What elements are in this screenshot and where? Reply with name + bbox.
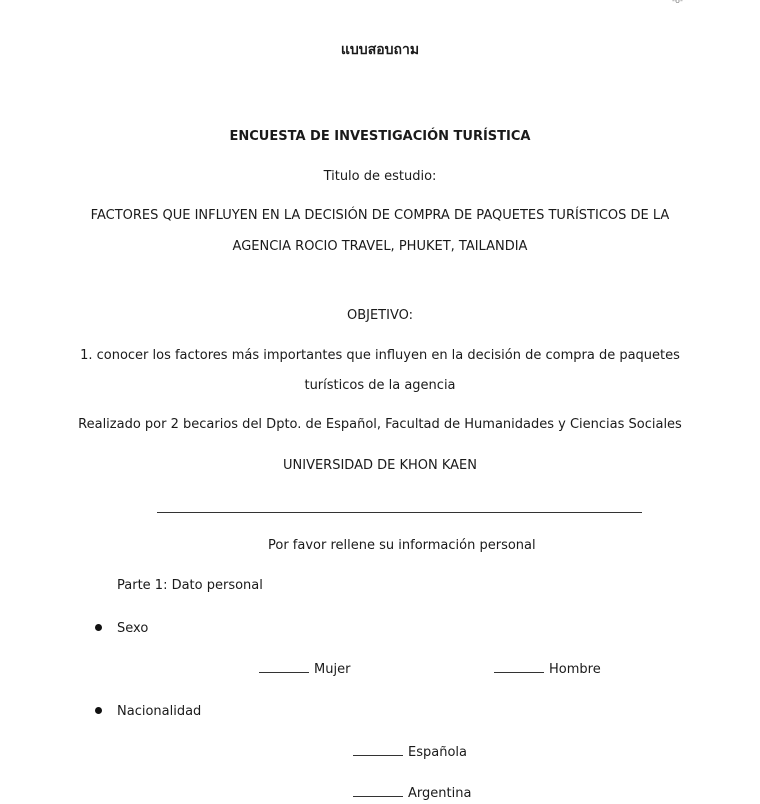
answer-blank-espanola[interactable] <box>353 743 403 756</box>
objective-line-2: turísticos de la agencia <box>0 377 760 395</box>
option-mujer[interactable]: Mujer <box>259 660 350 679</box>
separator-line <box>157 512 642 513</box>
study-title-line-1: FACTORES QUE INFLUYEN EN LA DECISIÓN DE … <box>0 207 760 225</box>
answer-blank-mujer[interactable] <box>259 660 309 673</box>
answer-blank-argentina[interactable] <box>353 784 403 797</box>
option-espanola[interactable]: Española <box>353 743 467 762</box>
option-argentina[interactable]: Argentina <box>353 784 471 803</box>
bullet-icon <box>95 707 102 714</box>
part-1-heading: Parte 1: Dato personal <box>117 577 263 595</box>
option-hombre[interactable]: Hombre <box>494 660 601 679</box>
question-nacionalidad-label: Nacionalidad <box>117 703 201 721</box>
study-label: Titulo de estudio: <box>0 168 760 186</box>
instruction-text: Por favor rellene su información persona… <box>268 537 536 555</box>
answer-blank-hombre[interactable] <box>494 660 544 673</box>
question-sexo-label: Sexo <box>117 620 148 638</box>
authors-line: Realizado por 2 becarios del Dpto. de Es… <box>0 416 760 434</box>
page-number-mark: -6- <box>672 0 683 5</box>
study-title-line-2: AGENCIA ROCIO TRAVEL, PHUKET, TAILANDIA <box>0 238 760 256</box>
survey-title: ENCUESTA DE INVESTIGACIÓN TURÍSTICA <box>0 128 760 146</box>
option-mujer-label: Mujer <box>314 662 350 677</box>
option-argentina-label: Argentina <box>408 786 471 801</box>
option-espanola-label: Española <box>408 745 467 760</box>
university-name: UNIVERSIDAD DE KHON KAEN <box>0 457 760 475</box>
objective-line-1: 1. conocer los factores más importantes … <box>0 347 760 365</box>
option-hombre-label: Hombre <box>549 662 601 677</box>
objective-label: OBJETIVO: <box>0 307 760 325</box>
bullet-icon <box>95 624 102 631</box>
document-page: -6- แบบสอบถาม ENCUESTA DE INVESTIGACIÓN … <box>0 0 760 804</box>
thai-title: แบบสอบถาม <box>0 41 760 59</box>
